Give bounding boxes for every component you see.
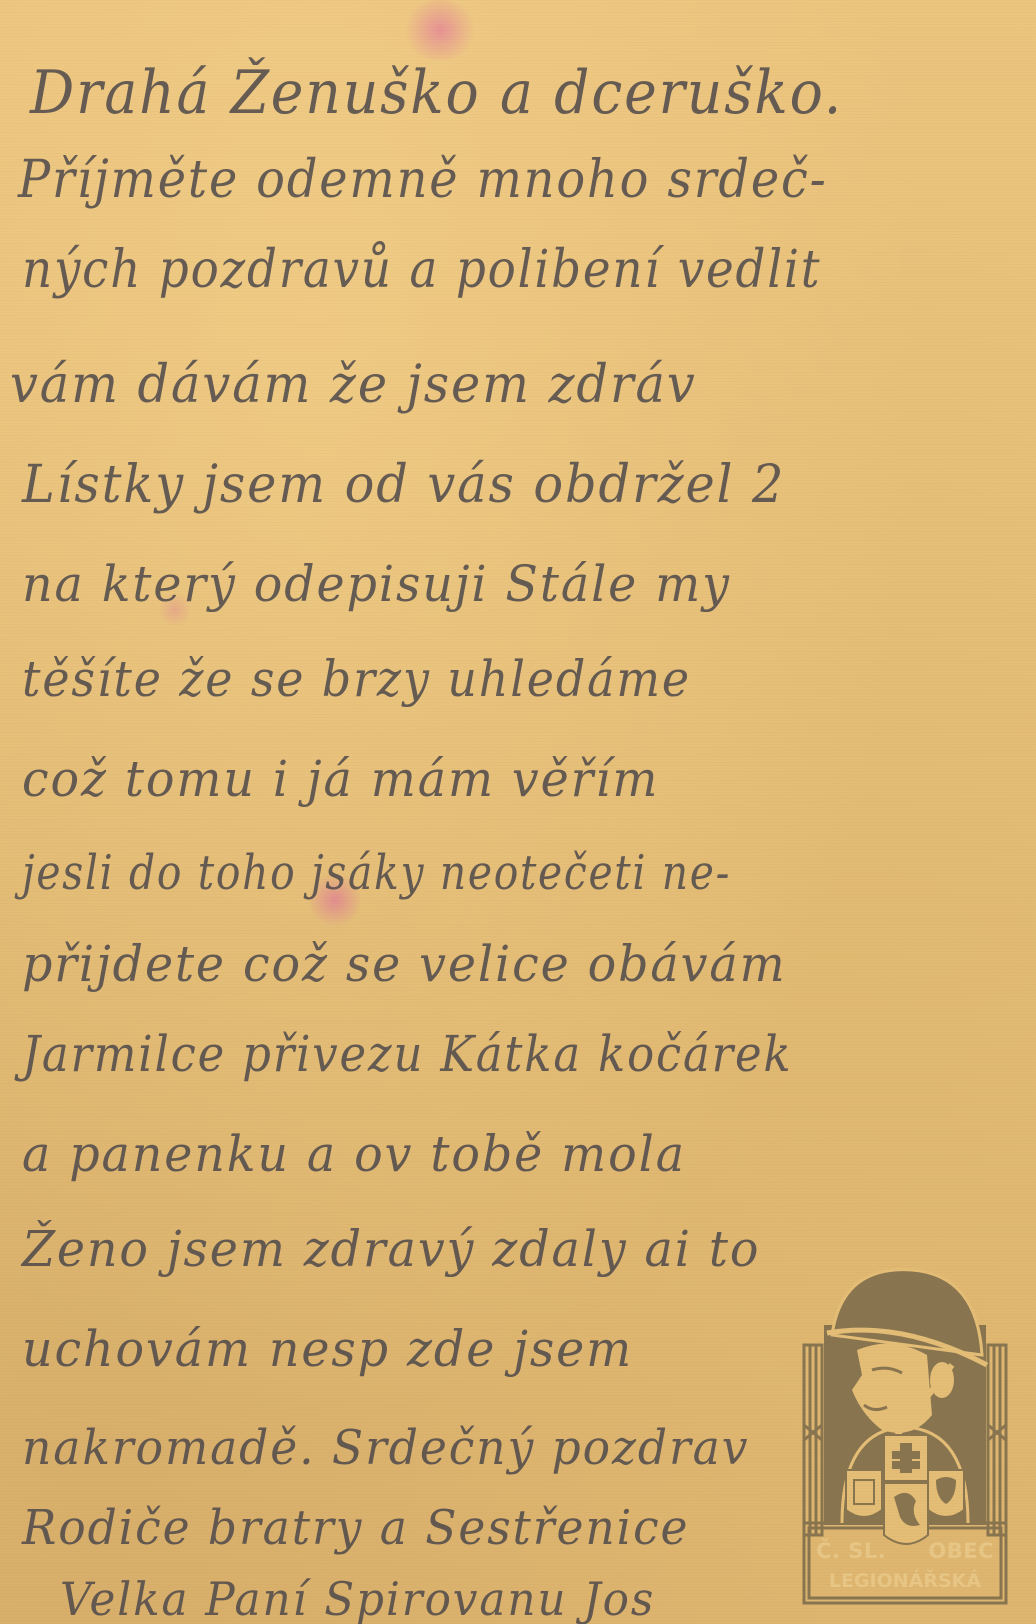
- ink-stain: [400, 0, 480, 60]
- letter-line: Příjměte odemně mnoho srdeč-: [18, 150, 828, 210]
- letter-line: vám dávám že jsem zdráv: [10, 355, 697, 415]
- letter-line: Velka Paní Spirovanu Jos: [60, 1572, 655, 1624]
- letter-line: uchovám nesp zde jsem: [22, 1320, 633, 1378]
- letter-line: jesli do toho jsáky neotečeti ne-: [22, 845, 731, 901]
- letter-line: Lístky jsem od vás obdržel 2: [22, 455, 785, 515]
- letter-line: těšíte že se brzy uhledáme: [22, 650, 691, 708]
- letter-line: ných pozdravů a polibení vedlit: [22, 240, 821, 300]
- letter-line: Rodiče bratry a Sestřenice: [22, 1500, 689, 1556]
- emblem-text-csl: Č. SL.: [816, 1539, 886, 1563]
- letter-line: Ženo jsem zdravý zdaly ai to: [22, 1220, 760, 1278]
- letter-line: a panenku a ov tobě mola: [22, 1125, 686, 1183]
- letter-line: Jarmilce přivezu Kátka kočárek: [22, 1025, 792, 1083]
- legion-emblem: Č. SL. OBEC LEGIONÁŘSKÁ: [802, 1265, 1008, 1605]
- letter-line: nakromadě. Srdečný pozdrav: [22, 1420, 749, 1476]
- letter-line: na který odepisuji Stále my: [22, 555, 731, 613]
- letter-page: Drahá Ženuško a dceruško. Příjměte odemn…: [0, 0, 1036, 1624]
- letter-line: Drahá Ženuško a dceruško.: [30, 58, 843, 128]
- emblem-text-obec: OBEC: [928, 1539, 994, 1563]
- letter-line: přijdete což se velice obávám: [22, 935, 787, 993]
- emblem-line-1: Č. SL. OBEC: [812, 1539, 998, 1563]
- letter-line: což tomu i já mám věřím: [22, 750, 659, 808]
- emblem-line-2: LEGIONÁŘSKÁ: [812, 1570, 998, 1592]
